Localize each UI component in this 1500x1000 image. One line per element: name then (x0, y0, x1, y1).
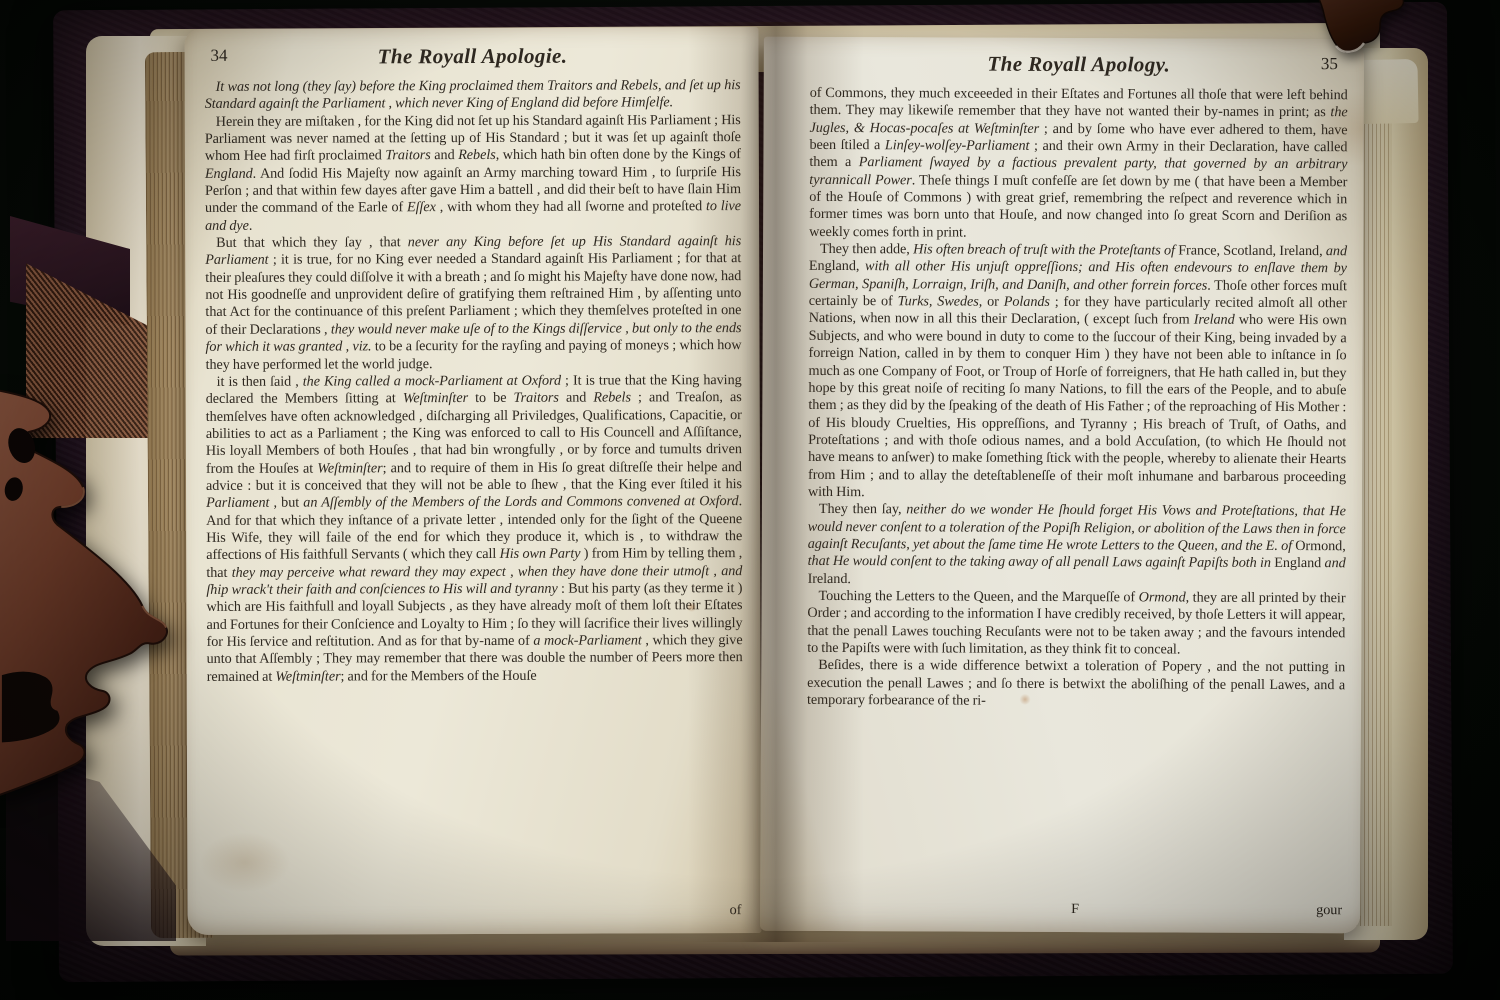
running-title: The Royall Apology. (810, 51, 1348, 78)
paragraph: But that which they ſay , that never any… (205, 233, 741, 374)
left-page-text: It was not long (they ſay) before the Ki… (205, 77, 743, 686)
paragraph: It was not long (they ſay) before the Ki… (205, 77, 741, 114)
catchword: of (730, 902, 742, 919)
left-page: 34 The Royall Apologie. It was not long … (184, 27, 761, 935)
paragraph: Herein they are miſtaken , for the King … (205, 112, 741, 235)
right-page-text: of Commons, they much exceeeded in their… (807, 85, 1348, 712)
right-page-footer: F gour (806, 899, 1344, 919)
signature-mark: F (1071, 901, 1079, 918)
paragraph: it is then ſaid , the King called a mock… (206, 372, 743, 686)
metal-clasp-top-right-icon (1314, 0, 1410, 62)
paragraph: They then ſay, neither do we wonder He ſ… (808, 501, 1346, 590)
right-page-header: The Royall Apology. 35 (810, 51, 1348, 83)
running-title: The Royall Apologie. (204, 43, 740, 70)
paragraph: of Commons, they much exceeeded in their… (809, 85, 1348, 243)
catchword: gour (1316, 902, 1342, 919)
paragraph: Beſides, there is a wide difference betw… (807, 657, 1345, 711)
paragraph: Touching the Letters to the Queen, and t… (807, 588, 1345, 660)
book-photo: 34 The Royall Apologie. It was not long … (0, 0, 1500, 1000)
left-page-footer: of (207, 901, 743, 921)
right-page: The Royall Apology. 35 of Commons, they … (760, 37, 1364, 934)
left-page-header: 34 The Royall Apologie. (204, 43, 740, 75)
paragraph: They then adde, His often breach of truſ… (808, 241, 1347, 504)
metal-clasp-left-icon (0, 386, 180, 802)
